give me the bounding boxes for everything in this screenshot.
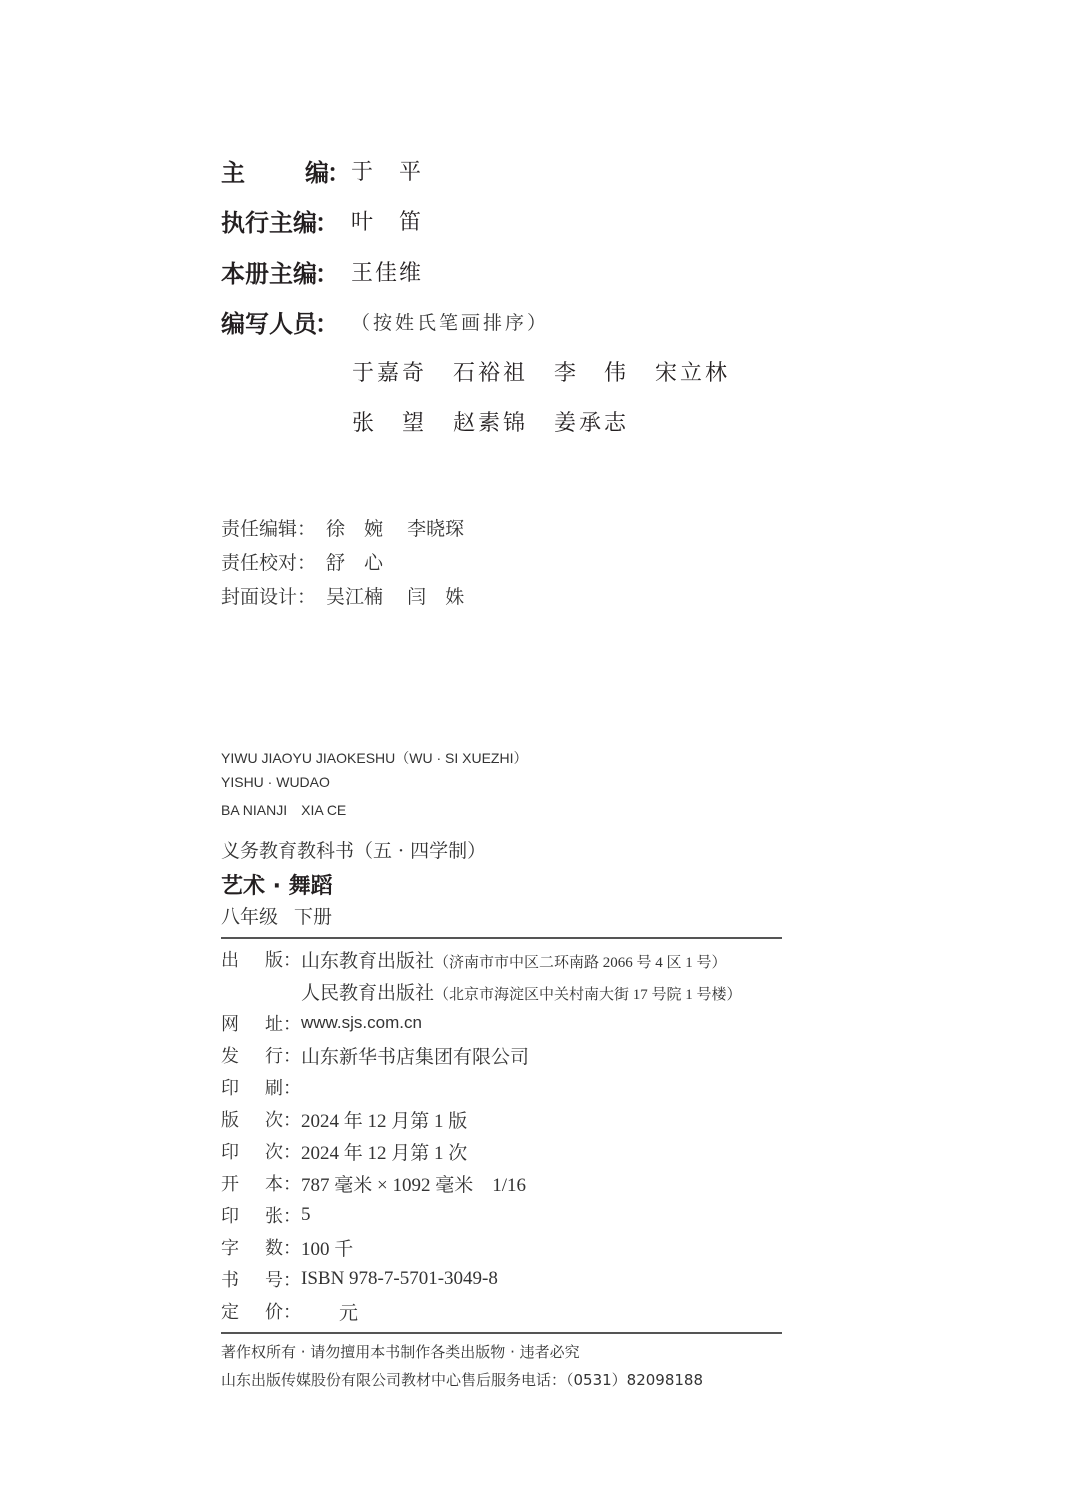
service-phone: 山东出版传媒股份有限公司教材中心售后服务电话：（0531）82098188	[221, 1369, 703, 1390]
info-row-format: 开本： 787 毫米 × 1092 毫米 1/16	[221, 1167, 526, 1199]
writer-name: 石裕祖	[453, 356, 528, 387]
info-value: 人民教育出版社（北京市海淀区中关村南大街 17 号院 1 号楼）	[301, 978, 742, 1005]
volume-editor-label: 本册主编：	[221, 254, 351, 289]
price-value: 元	[301, 1298, 358, 1325]
writers-sort-note: （按姓氏笔画排序）	[351, 308, 549, 335]
pinyin-series: YIWU JIAOYU JIAOKESHU（WU · SI XUEZHI）	[221, 748, 527, 768]
person-name: 闫 姝	[407, 586, 464, 608]
writers-names-row-2: 张 望 赵素锦 姜承志	[352, 406, 655, 437]
person-name: 徐 婉	[326, 518, 383, 540]
isbn-value: ISBN 978-7-5701-3049-8	[301, 1268, 498, 1290]
cover-design-label: 封面设计：	[221, 582, 326, 609]
executive-editor-row: 执行主编： 叶 笛	[221, 205, 423, 235]
info-label: 字数：	[221, 1234, 301, 1260]
cover-design-row: 封面设计： 吴江楠 闫 姝	[221, 582, 482, 609]
book-series: 义务教育教科书（五 · 四学制）	[221, 836, 486, 863]
person-name: 吴江楠	[326, 586, 383, 608]
info-value: 787 毫米 × 1092 毫米 1/16	[301, 1170, 526, 1197]
info-label: 定价：	[221, 1298, 301, 1324]
chief-editor-label: 主 编：	[221, 153, 351, 188]
volume-editor-value: 王佳维	[351, 256, 423, 287]
top-divider	[221, 937, 782, 939]
copyright-notice: 著作权所有 · 请勿擅用本书制作各类出版物 · 违者必究	[221, 1341, 580, 1362]
responsible-editor-label: 责任编辑：	[221, 514, 326, 541]
info-label: 发行：	[221, 1042, 301, 1068]
responsible-editor-row: 责任编辑： 徐 婉 李晓琛	[221, 514, 482, 541]
bottom-divider	[221, 1332, 782, 1334]
writers-names-row-1: 于嘉奇 石裕祖 李 伟 宋立林	[352, 356, 756, 387]
info-value: 山东新华书店集团有限公司	[301, 1042, 529, 1069]
info-row-publisher-1: 出版： 山东教育出版社（济南市市中区二环南路 2066 号 4 区 1 号）	[221, 943, 727, 975]
info-value: 2024 年 12 月第 1 版	[301, 1106, 467, 1133]
pinyin-grade: BA NIANJI XIA CE	[221, 800, 346, 820]
person-name: 舒 心	[326, 552, 383, 574]
chief-editor-value: 于 平	[351, 155, 423, 186]
info-label: 出版：	[221, 946, 301, 972]
chief-editor-row: 主 编： 于 平	[221, 155, 423, 185]
label-text: 本册主编	[221, 254, 317, 289]
info-label: 书号：	[221, 1266, 301, 1292]
info-value: 100 千	[301, 1234, 353, 1261]
volume-label: 下册	[294, 906, 332, 928]
executive-editor-value: 叶 笛	[351, 205, 423, 236]
writer-name: 姜承志	[554, 406, 629, 437]
writer-name: 赵素锦	[453, 406, 528, 437]
info-row-sheets: 印张： 5	[221, 1199, 311, 1231]
info-label: 开本：	[221, 1170, 301, 1196]
info-row-distributor: 发行： 山东新华书店集团有限公司	[221, 1039, 529, 1071]
proofreader-row: 责任校对： 舒 心	[221, 548, 401, 575]
responsible-editor-value: 徐 婉 李晓琛	[326, 514, 482, 541]
proofreader-label: 责任校对：	[221, 548, 326, 575]
info-label: 网址：	[221, 1010, 301, 1036]
cover-design-value: 吴江楠 闫 姝	[326, 582, 482, 609]
info-label: 印刷：	[221, 1074, 301, 1100]
info-row-publisher-2: 人民教育出版社（北京市海淀区中关村南大街 17 号院 1 号楼）	[221, 975, 742, 1007]
info-value: 5	[301, 1204, 311, 1226]
info-value: 山东教育出版社（济南市市中区二环南路 2066 号 4 区 1 号）	[301, 946, 727, 973]
volume-editor-row: 本册主编： 王佳维	[221, 256, 423, 286]
info-row-printing: 印次： 2024 年 12 月第 1 次	[221, 1135, 467, 1167]
writer-name: 李 伟	[554, 356, 629, 387]
label-char: 编	[305, 153, 329, 188]
info-label: 印张：	[221, 1202, 301, 1228]
info-row-edition: 版次： 2024 年 12 月第 1 版	[221, 1103, 467, 1135]
label-text: 编写人员	[221, 304, 317, 339]
info-row-word-count: 字数： 100 千	[221, 1231, 353, 1263]
info-row-isbn: 书号： ISBN 978-7-5701-3049-8	[221, 1263, 498, 1295]
label-text: 执行主编	[221, 203, 317, 238]
grade-label: 八年级	[221, 906, 278, 928]
info-label: 版次：	[221, 1106, 301, 1132]
colon: ：	[315, 203, 339, 238]
writers-label: 编写人员：	[221, 304, 351, 339]
writer-name: 宋立林	[655, 356, 730, 387]
info-value: 2024 年 12 月第 1 次	[301, 1138, 467, 1165]
executive-editor-label: 执行主编：	[221, 203, 351, 238]
info-row-website: 网址： www.sjs.com.cn	[221, 1007, 422, 1039]
writers-row: 编写人员： （按姓氏笔画排序）	[221, 306, 549, 336]
proofreader-value: 舒 心	[326, 548, 401, 575]
writer-name: 于嘉奇	[352, 356, 427, 387]
writer-name: 张 望	[352, 406, 427, 437]
pinyin-title: YISHU · WUDAO	[221, 774, 330, 790]
info-row-printer: 印刷：	[221, 1071, 301, 1103]
label-char: 主	[221, 153, 245, 188]
colon: ：	[315, 254, 339, 289]
info-row-price: 定价： 元	[221, 1295, 358, 1327]
colon: ：	[327, 153, 351, 188]
book-grade: 八年级下册	[221, 902, 348, 929]
colon: ：	[315, 304, 339, 339]
book-title: 艺术 · 舞蹈	[221, 869, 333, 900]
person-name: 李晓琛	[407, 518, 464, 540]
info-label: 印次：	[221, 1138, 301, 1164]
website-link[interactable]: www.sjs.com.cn	[301, 1013, 422, 1033]
